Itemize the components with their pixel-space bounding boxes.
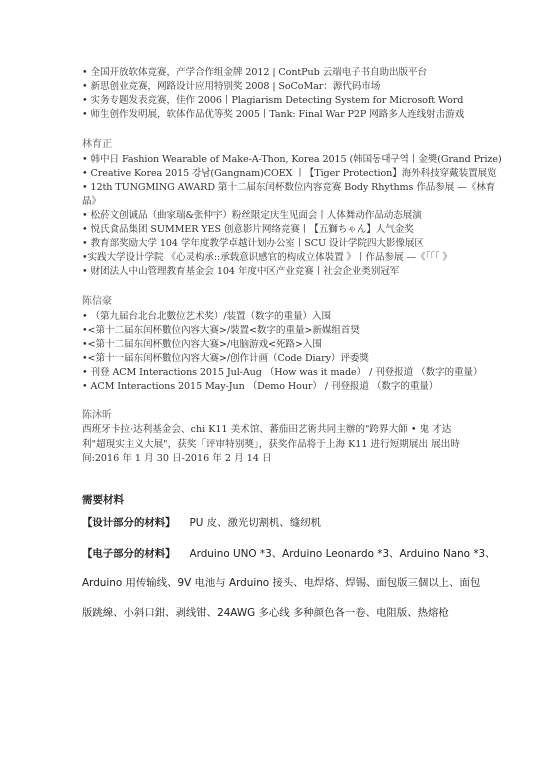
design-materials-label: 【设计部分的材料】 bbox=[82, 517, 176, 529]
award-item: • 教育部奖励大学 104 学年度教学卓越计划办公室丨SCU 设计学院四大影像展… bbox=[82, 238, 424, 250]
award-item: • 12th TUNGMING AWARD 第十二届东闰杯数位内容竞赛 Body… bbox=[82, 182, 495, 194]
electronics-materials-continuation: 版跳線、小斜口鉗、剥线钳、24AWG 多心线 多种颜色各一卷、电阻版、热熔枪 bbox=[82, 606, 449, 620]
electronics-materials-row: 【电子部分的材料】Arduino UNO *3、Arduino Leonardo… bbox=[82, 547, 496, 561]
document-page: • 全国开放软体竞赛，产学合作组金牌 2012 | ContPub 云端电子书自… bbox=[0, 0, 544, 769]
person-description: 西班牙卡拉·达利基金会、chi K11 美术馆、蕃茄田艺術共同主辦的"跨界大師 … bbox=[82, 423, 472, 467]
materials-heading: 需要材料 bbox=[82, 494, 124, 507]
person-name: 陈沐昕 bbox=[82, 410, 112, 422]
award-item: • 财团法人中山管理教育基金会 104 年度中区产业竞赛丨社会企业类别冠军 bbox=[82, 266, 399, 278]
person-name: 陈信豪 bbox=[82, 296, 112, 308]
electronics-materials-continuation: Arduino 用传输线、9V 电池与 Arduino 接头、电焊烙、焊锡、面包… bbox=[82, 576, 480, 590]
award-item: • 全国开放软体竞赛，产学合作组金牌 2012 | ContPub 云端电子书自… bbox=[82, 67, 427, 79]
electronics-materials-label: 【电子部分的材料】 bbox=[82, 548, 176, 560]
electronics-materials-value: Arduino UNO *3、Arduino Leonardo *3、Ardui… bbox=[190, 548, 496, 560]
award-item: •<第十一届东闰杯數位內容大赛>/创作计画（Code Diary）评委獎 bbox=[82, 353, 369, 365]
award-item: • 悦氏食品集团 SUMMER YES 创意影片网络竞赛丨【五獅ちゃん】人气金奖 bbox=[82, 224, 414, 236]
award-item: • 实务专题发表竞赛，佳作 2006丨Plagiarism Detecting … bbox=[82, 95, 463, 107]
award-item: • ACM Interactions 2015 May-Jun （Demo Ho… bbox=[82, 381, 438, 393]
award-item: •实践大学设计学院 《心灵构承::承载意识感官的构成立体裝置 》丨作品参展 —《… bbox=[82, 252, 452, 264]
award-item: • 新思创业竞赛，网路设计应用特别奖 2008 | SoCoMar：源代码市场 bbox=[82, 81, 380, 93]
design-materials-row: 【设计部分的材料】PU 皮、激光切割机、缝纫机 bbox=[82, 516, 321, 530]
person-name: 林育正 bbox=[82, 139, 112, 151]
design-materials-value: PU 皮、激光切割机、缝纫机 bbox=[190, 517, 321, 529]
award-item-continuation: 晶》 bbox=[82, 196, 101, 208]
award-item: •<第十二届东闰杯數位內容大赛>/电脑游戏<死路>入围 bbox=[82, 339, 322, 351]
award-item: • 松菸文创诚品（曲家瑞&张仲宇）粉丝限定庆生见面会丨人体舞动作品动态展演 bbox=[82, 210, 422, 222]
award-item: • （第九届台北台北數位艺术奖）/装置（数字的重量）入围 bbox=[82, 311, 331, 323]
award-item: • Creative Korea 2015 강남(Gangnam)COEX 丨【… bbox=[82, 168, 497, 180]
award-item: • 师生创作发明展，软体作品优等奖 2005丨Tank: Final War P… bbox=[82, 109, 464, 121]
award-item: • 韩中日 Fashion Wearable of Make-A-Thon, K… bbox=[82, 154, 502, 166]
award-item: •<第十二届东闰杯數位內容大赛>/裝置<数字的重量>新媒组首奨 bbox=[82, 325, 360, 337]
award-item: • 刊登 ACM Interactions 2015 Jul-Aug （How … bbox=[82, 367, 483, 379]
